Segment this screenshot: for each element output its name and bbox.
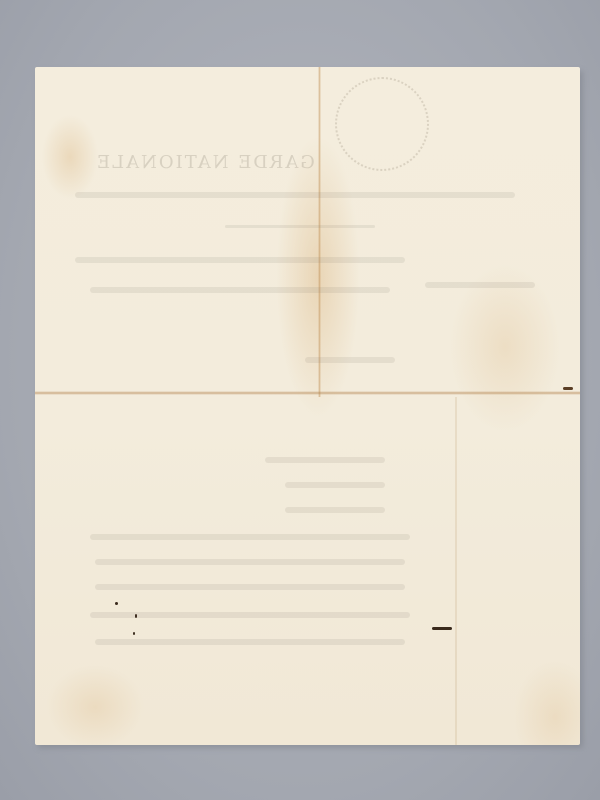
stamp-impression bbox=[335, 77, 429, 171]
show-through-rule bbox=[225, 225, 375, 228]
show-through-line bbox=[95, 559, 405, 565]
show-through-line bbox=[75, 192, 515, 198]
show-through-line bbox=[75, 257, 405, 263]
show-through-line bbox=[285, 507, 385, 513]
edge-damage bbox=[563, 387, 573, 390]
ink-speck bbox=[115, 602, 118, 605]
lower-vertical-crease bbox=[455, 397, 457, 745]
show-through-line bbox=[305, 357, 395, 363]
show-through-line bbox=[95, 639, 405, 645]
show-through-line bbox=[285, 482, 385, 488]
show-through-line bbox=[90, 612, 410, 618]
ink-mark bbox=[432, 627, 452, 630]
show-through-line bbox=[425, 282, 535, 288]
ink-speck bbox=[133, 632, 135, 635]
show-through-line bbox=[90, 534, 410, 540]
show-through-line bbox=[90, 287, 390, 293]
show-through-line bbox=[265, 457, 385, 463]
ink-speck bbox=[135, 614, 137, 618]
document-sheet: GARDE NATIONALE bbox=[35, 67, 580, 745]
horizontal-fold-crease bbox=[35, 391, 580, 395]
show-through-heading: GARDE NATIONALE bbox=[95, 152, 315, 173]
vertical-fold-crease bbox=[318, 67, 321, 397]
show-through-line bbox=[95, 584, 405, 590]
